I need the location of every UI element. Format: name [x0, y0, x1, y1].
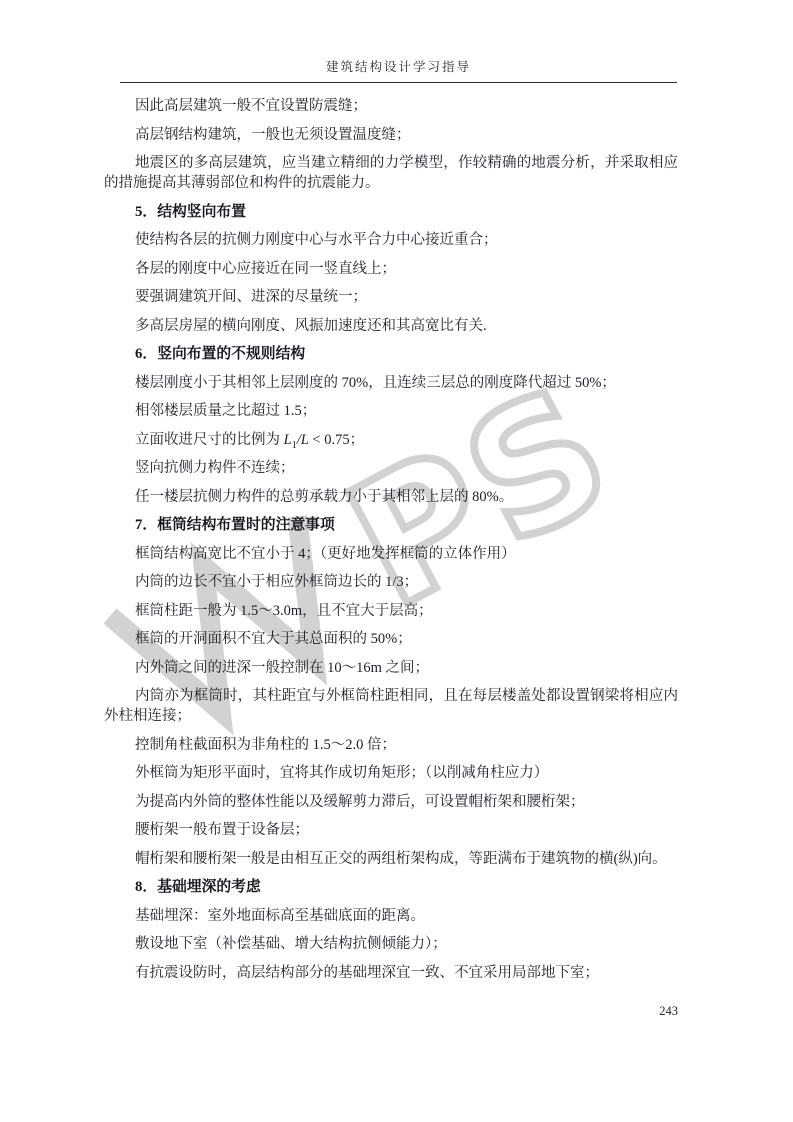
document-page: 建筑结构设计学习指导 PS 因此高层建筑一般不宜设置防震缝； 高层钢结构建筑，一… — [0, 0, 793, 1122]
paragraph: 因此高层建筑一般不宜设置防震缝； — [104, 96, 678, 116]
paragraph-setback-ratio-formula: 立面收进尺寸的比例为 L1/L < 0.75； — [104, 430, 678, 450]
paragraph: 地震区的多高层建筑，应当建立精细的力学模型，作较精确的地震分析，并采取相应的措施… — [104, 153, 678, 193]
paragraph: 外框筒为矩形平面时，宜将其作成切角矩形；（以削减角柱应力） — [104, 763, 678, 783]
paragraph: 框筒柱距一般为 1.5～3.0m，且不宜大于层高； — [104, 601, 678, 621]
paragraph: 敷设地下室（补偿基础、增大结构抗侧倾能力）； — [104, 934, 678, 954]
paragraph: 多高层房屋的横向刚度、风振加速度还和其高宽比有关. — [104, 316, 678, 336]
document-body: 因此高层建筑一般不宜设置防震缝； 高层钢结构建筑，一般也无须设置温度缝； 地震区… — [104, 90, 678, 991]
section-5-heading: 5．结构竖向布置 — [104, 202, 678, 222]
paragraph: 为提高内外筒的整体性能以及缓解剪力滞后，可设置帽桁架和腰桁架； — [104, 792, 678, 812]
paragraph: 基础埋深：室外地面标高至基础底面的距离。 — [104, 906, 678, 926]
paragraph: 内筒亦为框筒时，其柱距宜与外框筒柱距相同，且在每层楼盖处都设置钢梁将相应内外柱相… — [104, 686, 678, 726]
formula-post-text: < 0.75； — [309, 432, 364, 448]
section-6-heading: 6．竖向布置的不规则结构 — [104, 344, 678, 364]
formula-variable-L1: L — [284, 432, 292, 448]
paragraph: 框筒结构高宽比不宜小于 4；（更好地发挥框筒的立体作用） — [104, 544, 678, 564]
page-number: 243 — [104, 1004, 678, 1019]
paragraph: 楼层刚度小于其相邻上层刚度的 70%，且连续三层总的刚度降代超过 50%； — [104, 373, 678, 393]
section-7-heading: 7．框筒结构布置时的注意事项 — [104, 515, 678, 535]
paragraph: 任一楼层抗侧力构件的总剪承载力小于其相邻上层的 80%。 — [104, 487, 678, 507]
paragraph: 有抗震设防时，高层结构部分的基础埋深宜一致、不宜采用局部地下室； — [104, 963, 678, 983]
paragraph: 使结构各层的抗侧力刚度中心与水平合力中心接近重合； — [104, 230, 678, 250]
paragraph: 控制角柱截面积为非角柱的 1.5～2.0 倍； — [104, 735, 678, 755]
paragraph: 腰桁架一般布置于设备层； — [104, 820, 678, 840]
section-8-heading: 8．基础埋深的考虑 — [104, 877, 678, 897]
paragraph: 要强调建筑开间、进深的尽量统一； — [104, 287, 678, 307]
formula-pre-text: 立面收进尺寸的比例为 — [135, 432, 284, 448]
paragraph: 内筒的边长不宜小于相应外框筒边长的 1/3； — [104, 572, 678, 592]
paragraph: 帽桁架和腰桁架一般是由相互正交的两组桁架构成，等距满布于建筑物的横(纵)向。 — [104, 849, 678, 869]
paragraph: 内外筒之间的进深一般控制在 10～16m 之间； — [104, 658, 678, 678]
formula-variable-L: /L — [297, 432, 309, 448]
paragraph: 各层的刚度中心应接近在同一竖直线上； — [104, 259, 678, 279]
paragraph: 相邻楼层质量之比超过 1.5； — [104, 401, 678, 421]
paragraph: 竖向抗侧力构件不连续； — [104, 458, 678, 478]
paragraph: 框筒的开洞面积不宜大于其总面积的 50%； — [104, 629, 678, 649]
paragraph: 高层钢结构建筑，一般也无须设置温度缝； — [104, 125, 678, 145]
